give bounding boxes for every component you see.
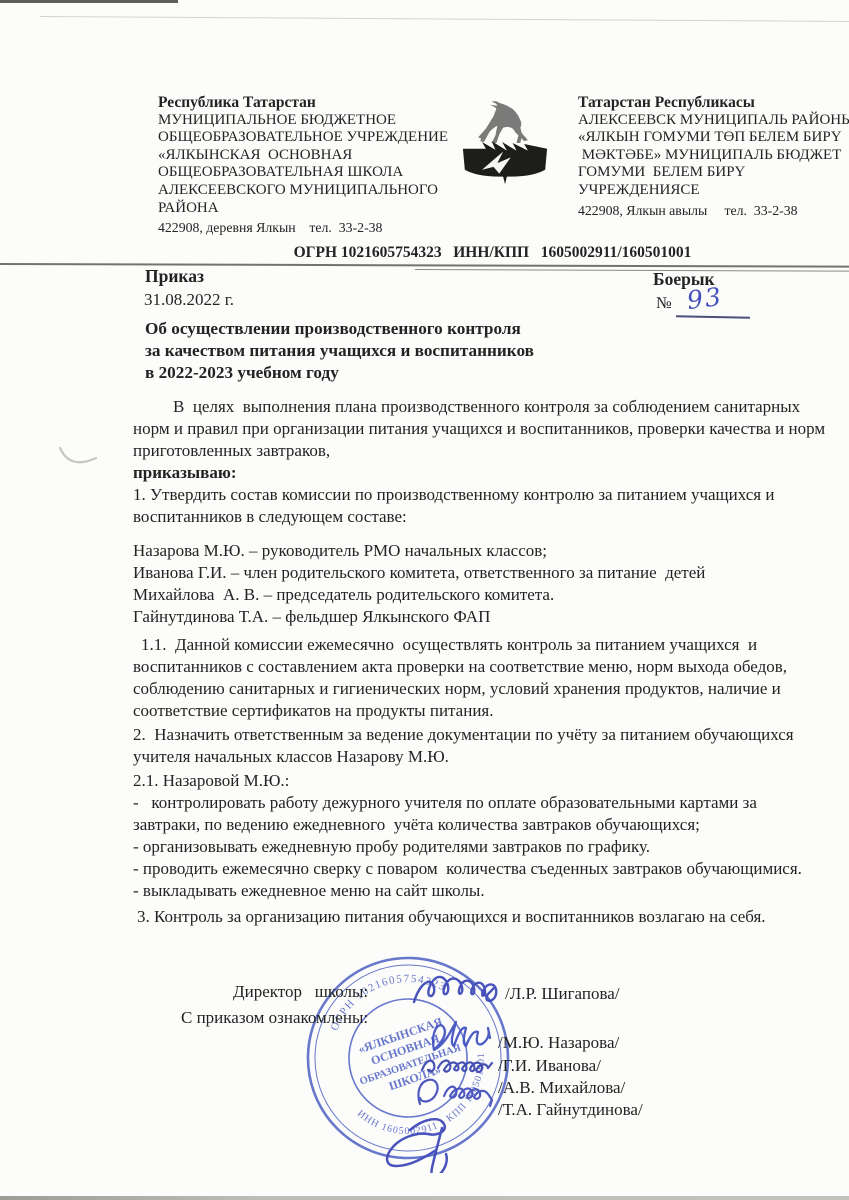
item-1-1: 1.1. Данной комиссии ежемесячно осуществ…: [133, 634, 827, 722]
letterhead-tt-line: Татарстан Республикасы: [578, 94, 849, 112]
order-title: Об осуществлении производственного контр…: [145, 318, 827, 384]
letterhead-tt-line: ГОМУМИ БЕЛЕМ БИРҮ УЧРЕЖДЕНИЯСЕ: [578, 164, 849, 199]
acknowledged-label: С приказом ознакомлены:: [181, 1008, 368, 1028]
scan-top-edge-artifact: [0, 0, 178, 3]
signatory-name: /А.В. Михайлова/: [498, 1078, 625, 1098]
commission-member: Назарова М.Ю. – руководитель РМО начальн…: [133, 540, 827, 562]
letterhead-tt-line: «ЯЛКЫН ГОМУМИ ТӨП БЕЛЕМ БИРҮ: [578, 129, 849, 147]
signatory-name: /М.Ю. Назарова/: [498, 1033, 619, 1053]
scanned-order-document: Республика Татарстан МУНИЦИПАЛЬНОЕ БЮДЖЕ…: [0, 0, 849, 1200]
sub-item: - проводить ежемесячно сверку с поваром …: [133, 858, 827, 880]
letterhead-tt-address: 422908, Ялкын авылы тел. 33-2-38: [578, 200, 849, 220]
horizontal-rule: [0, 263, 849, 268]
order-title-line: Об осуществлении производственного контр…: [145, 318, 827, 340]
order-word-ru: Приказ: [145, 266, 204, 287]
order-date: 31.08.2022 г.: [144, 290, 234, 310]
commission-member: Гайнутдинова Т.А. – фельдшер Ялкынского …: [133, 606, 827, 628]
item-2: 2. Назначить ответственным за ведение до…: [133, 724, 827, 768]
item-2-1: 2.1. Назаровой М.Ю.:: [133, 770, 827, 792]
director-name: /Л.Р. Шигапова/: [505, 984, 620, 1004]
director-label: Директор школы:: [233, 982, 368, 1002]
signatory-name: /Г.И. Иванова/: [498, 1056, 601, 1076]
intro-paragraph: В целях выполнения плана производственно…: [133, 396, 827, 462]
letterhead-ru-address: 422908, деревня Ялкын тел. 33-2-38: [158, 217, 488, 237]
scan-bottom-edge-artifact: [0, 1196, 849, 1200]
letterhead-ru-line: РАЙОНА: [158, 200, 488, 218]
letterhead-ru-line: Республика Татарстан: [158, 94, 488, 112]
handwritten-order-number: 93: [685, 282, 724, 315]
letterhead-ru-line: «ЯЛКЫНСКАЯ ОСНОВНАЯ: [158, 147, 488, 165]
number-sign: №: [656, 293, 672, 313]
commission-members-list: Назарова М.Ю. – руководитель РМО начальн…: [133, 540, 827, 628]
scan-paper-curl-artifact: [56, 442, 104, 476]
commission-member: Иванова Г.И. – член родительского комите…: [133, 562, 827, 584]
letterhead-tatar: Татарстан Республикасы АЛЕКСЕЕВСК МУНИЦИ…: [578, 94, 849, 219]
order-title-line: в 2022-2023 учебном году: [145, 362, 827, 384]
prikaz-keyword: приказываю:: [133, 462, 827, 484]
letterhead-ru-line: ОБЩЕОБРАЗОВАТЕЛЬНОЕ УЧРЕЖДЕНИЕ: [158, 129, 488, 147]
sub-item: - выкладывать ежедневное меню на сайт шк…: [133, 880, 827, 902]
letterhead-tt-line: МӘКТӘБЕ» МУНИЦИПАЛЬ БЮДЖЕТ: [578, 147, 849, 165]
signatory-name: /Т.А. Гайнутдинова/: [498, 1100, 643, 1120]
scan-top-faint-line: [40, 16, 849, 22]
coat-of-arms-emblem-icon: [457, 99, 553, 187]
ogrn-inn-line: ОГРН 1021605754323 ИНН/КПП 1605002911/16…: [68, 244, 849, 262]
letterhead-ru-line: МУНИЦИПАЛЬНОЕ БЮДЖЕТНОЕ: [158, 112, 488, 130]
commission-member: Михайлова А. В. – председатель родительс…: [133, 584, 827, 606]
letterhead-russian: Республика Татарстан МУНИЦИПАЛЬНОЕ БЮДЖЕ…: [158, 94, 488, 237]
order-title-line: за качеством питания учащихся и воспитан…: [145, 340, 827, 362]
order-body: Об осуществлении производственного контр…: [133, 318, 827, 928]
item-3: 3. Контроль за организацию питания обуча…: [137, 906, 827, 928]
item-1: 1. Утвердить состав комиссии по производ…: [133, 484, 827, 528]
sub-item: - контролировать работу дежурного учител…: [133, 792, 827, 836]
horizontal-rule-secondary: [415, 269, 849, 272]
letterhead-ru-line: АЛЕКСЕЕВСКОГО МУНИЦИПАЛЬНОГО: [158, 182, 488, 200]
letterhead-tt-line: АЛЕКСЕЕВСК МУНИЦИПАЛЬ РАЙОНЫ: [578, 112, 849, 130]
letterhead-ru-line: ОБЩЕОБРАЗОВАТЕЛЬНАЯ ШКОЛА: [158, 164, 488, 182]
sub-item: - организовывать ежедневную пробу родите…: [133, 836, 827, 858]
